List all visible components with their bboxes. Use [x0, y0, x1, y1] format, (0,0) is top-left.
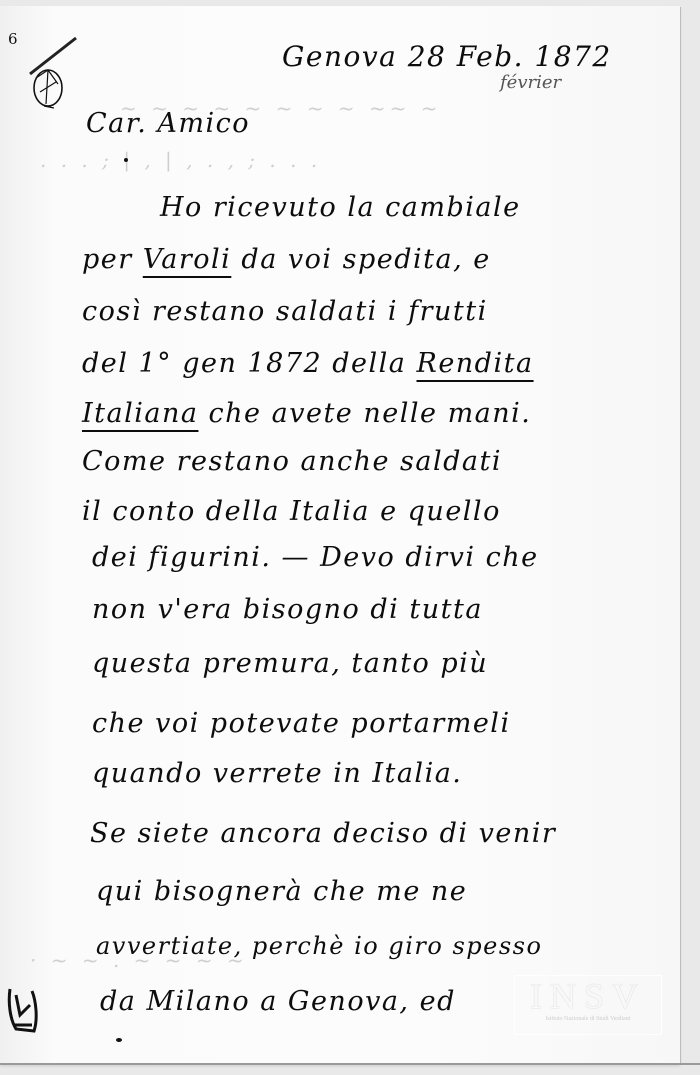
letter-line: quando verrete in Italia.	[92, 758, 462, 789]
text: che avete nelle mani.	[198, 398, 531, 429]
letter-line: qui bisognerà che me ne	[96, 876, 467, 907]
letter-line: da Milano a Genova, ed	[100, 986, 456, 1017]
archive-stamp-icon	[6, 985, 40, 1033]
ink-dot	[116, 1038, 122, 1042]
salutation: Car. Amico	[86, 108, 250, 139]
folio-number: 6	[8, 30, 18, 48]
letter-line: non v'era bisogno di tutta	[92, 594, 483, 625]
letter-line: Ho ricevuto la cambiale	[160, 192, 521, 223]
underlined-word: Varoli	[143, 244, 232, 275]
text: del 1° gen 1872 della	[82, 348, 416, 379]
watermark-letters: INSV	[515, 976, 661, 1016]
text: da voi spedita, e	[231, 244, 490, 275]
page-edge	[0, 1063, 700, 1065]
place-date: Genova 28 Feb. 1872	[282, 40, 612, 73]
ink-dot	[124, 158, 128, 162]
archive-watermark: INSV Istituto Nazionale di Studi Verdian…	[514, 975, 662, 1035]
letter-line: il conto della Italia e quello	[82, 496, 501, 527]
text: per	[82, 244, 143, 275]
letter-line: Come restano anche saldati	[82, 446, 502, 477]
underlined-word: Italiana	[82, 398, 198, 429]
letter-line: così restano saldati i frutti	[82, 296, 488, 327]
letter-line: del 1° gen 1872 della Rendita	[82, 348, 534, 379]
archive-stamp-icon	[26, 34, 82, 114]
underlined-word: Rendita	[416, 348, 533, 379]
letter-line: Italiana che avete nelle mani.	[82, 398, 531, 429]
letter-line: questa premura, tanto più	[92, 648, 488, 679]
watermark-subtitle: Istituto Nazionale di Studi Verdiani	[515, 1016, 661, 1022]
letter-line: dei figurini. — Devo dirvi che	[92, 542, 539, 573]
letter-line: per Varoli da voi spedita, e	[82, 244, 491, 275]
bleed-through-text: . . . ; | , | , . , ; . . .	[40, 148, 321, 172]
letter-line: Se siete ancora deciso di venir	[90, 818, 556, 849]
letter-line: avvertiate, perchè io giro spesso	[96, 932, 542, 960]
pencil-annotation: février	[500, 72, 561, 93]
letter-line: che voi potevate portarmeli	[92, 708, 511, 739]
